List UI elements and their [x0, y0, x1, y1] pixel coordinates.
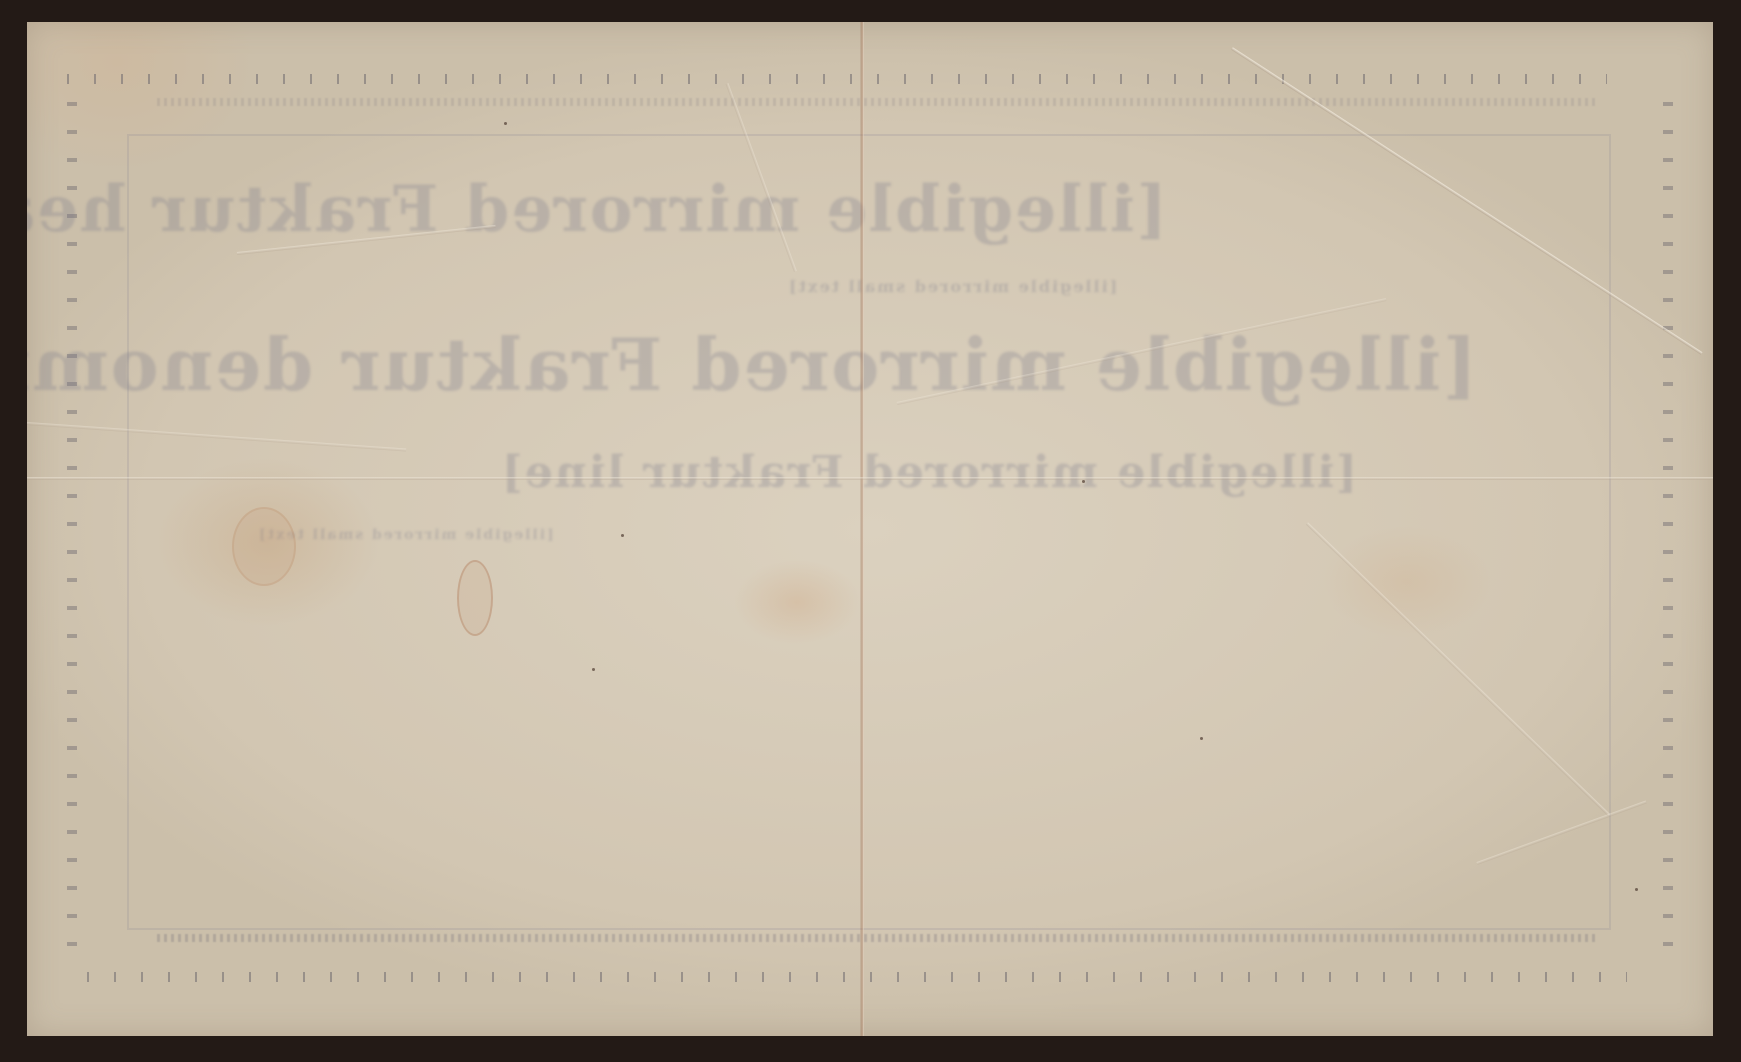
stain-left-blot: [232, 507, 296, 586]
bleed-heading: [illegible mirrored Fraktur heading]: [467, 172, 1167, 247]
bottom-dash-border: [87, 972, 1627, 982]
speck: [592, 668, 595, 671]
right-dash-border: [1663, 102, 1673, 962]
speck: [1200, 737, 1203, 740]
vertical-fold: [860, 22, 864, 1036]
horizontal-fold: [27, 477, 1713, 480]
top-dash-border: [67, 74, 1607, 84]
speck: [1635, 888, 1638, 891]
top-microtext-row: [157, 98, 1597, 106]
speck: [504, 122, 507, 125]
bleed-small-1: [illegible mirrored small text]: [787, 277, 1117, 296]
bleed-small-2: [illegible mirrored small text]: [257, 527, 554, 543]
banknote-paper: [illegible mirrored Fraktur heading] [il…: [27, 22, 1713, 1036]
bleed-line-4: [illegible mirrored Fraktur line]: [457, 447, 1357, 498]
bottom-microtext-row: [157, 934, 1597, 942]
bleed-denomination: [illegible mirrored Fraktur denomination…: [277, 322, 1477, 407]
speck: [621, 534, 624, 537]
stain-oval: [457, 560, 493, 636]
speck: [1082, 480, 1085, 483]
